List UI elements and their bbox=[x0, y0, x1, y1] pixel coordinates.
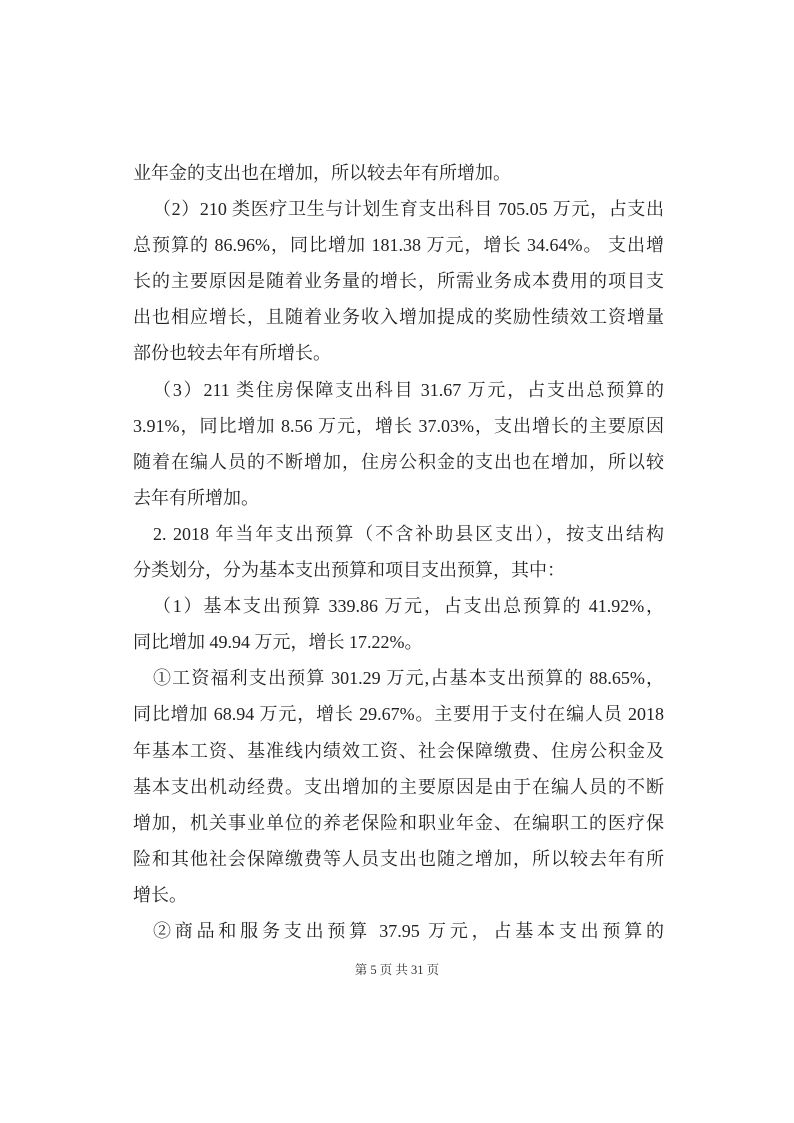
text-line: 出也相应增长，且随着业务收入增加提成的奖励性绩效工资增量 bbox=[133, 299, 664, 335]
text-line: 业年金的支出也在增加，所以较去年有所增加。 bbox=[133, 155, 664, 191]
text-line: 3.91%，同比增加 8.56 万元，增长 37.03%，支出增长的主要原因 bbox=[133, 408, 664, 444]
text-line: 长的主要原因是随着业务量的增长，所需业务成本费用的项目支 bbox=[133, 263, 664, 299]
text-line: 总预算的 86.96%，同比增加 181.38 万元，增长 34.64%。 支出… bbox=[133, 227, 664, 263]
text-line: 去年有所增加。 bbox=[133, 480, 664, 516]
text-line: （3）211 类住房保障支出科目 31.67 万元，占支出总预算的 bbox=[133, 372, 664, 408]
text-line: 增加，机关事业单位的养老保险和职业年金、在编职工的医疗保 bbox=[133, 805, 664, 841]
text-line: 增长。 bbox=[133, 877, 664, 913]
text-line: 部份也较去年有所增长。 bbox=[133, 335, 664, 371]
document-page: 业年金的支出也在增加，所以较去年有所增加。 （2）210 类医疗卫生与计划生育支… bbox=[0, 0, 794, 1123]
page-number-footer: 第 5 页 共 31 页 bbox=[0, 960, 794, 980]
text-line: 分类划分，分为基本支出预算和项目支出预算，其中： bbox=[133, 552, 664, 588]
text-line: （2）210 类医疗卫生与计划生育支出科目 705.05 万元，占支出 bbox=[133, 191, 664, 227]
document-body: 业年金的支出也在增加，所以较去年有所增加。 （2）210 类医疗卫生与计划生育支… bbox=[133, 155, 664, 949]
text-line: （1）基本支出预算 339.86 万元，占支出总预算的 41.92%， bbox=[133, 588, 664, 624]
text-line: 险和其他社会保障缴费等人员支出也随之增加，所以较去年有所 bbox=[133, 841, 664, 877]
text-line: ②商品和服务支出预算 37.95 万元，占基本支出预算的 bbox=[133, 913, 664, 949]
text-line: 年基本工资、基准线内绩效工资、社会保障缴费、住房公积金及 bbox=[133, 733, 664, 769]
text-line: 同比增加 68.94 万元，增长 29.67%。主要用于支付在编人员 2018 bbox=[133, 696, 664, 732]
text-line: ①工资福利支出预算 301.29 万元,占基本支出预算的 88.65%， bbox=[133, 660, 664, 696]
text-line: 基本支出机动经费。支出增加的主要原因是由于在编人员的不断 bbox=[133, 769, 664, 805]
text-line: 2. 2018 年当年支出预算（不含补助县区支出），按支出结构 bbox=[133, 516, 664, 552]
text-line: 同比增加 49.94 万元，增长 17.22%。 bbox=[133, 624, 664, 660]
text-line: 随着在编人员的不断增加，住房公积金的支出也在增加，所以较 bbox=[133, 444, 664, 480]
